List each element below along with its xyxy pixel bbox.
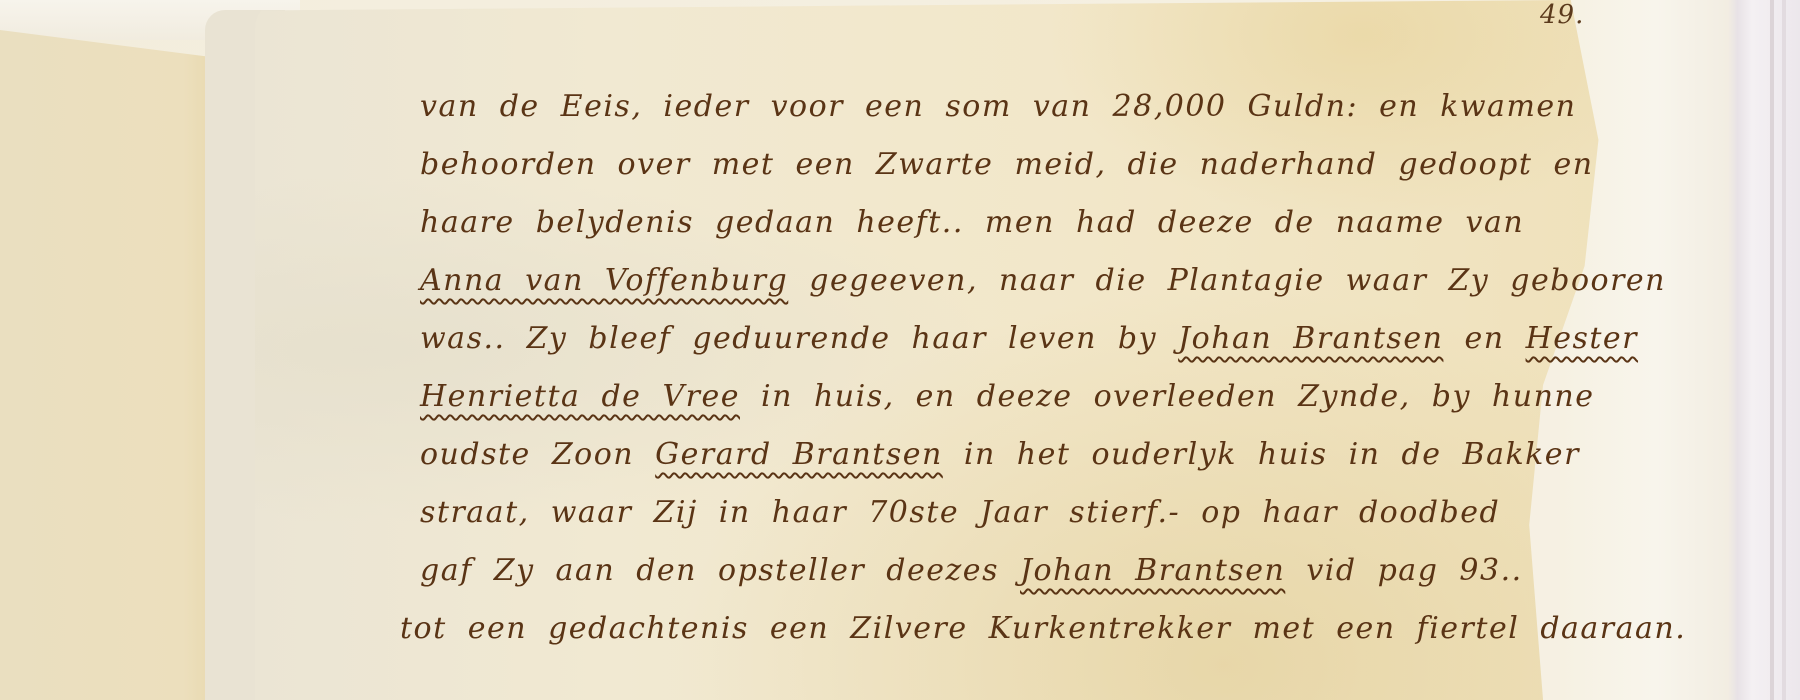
line-text: haare belydenis gedaan heeft.. men had d… xyxy=(420,205,1524,240)
manuscript-line: tot een gedachtenis een Zilvere Kurkentr… xyxy=(400,600,1620,658)
line-text: tot een gedachtenis een Zilvere Kurkentr… xyxy=(400,611,1686,646)
underlined-name: Hester xyxy=(1526,321,1638,356)
line-text: gaf Zy aan den opsteller deezes xyxy=(420,553,1020,588)
underlined-name: Gerard Brantsen xyxy=(655,437,943,472)
paper-stack-edge xyxy=(1770,0,1774,700)
underlined-name: Anna van Voffenburg xyxy=(420,263,788,298)
underlined-name: Johan Brantsen xyxy=(1020,553,1285,588)
line-text: gegeeven, naar die Plantagie waar Zy geb… xyxy=(788,263,1666,298)
page-number: 49. xyxy=(1540,0,1584,30)
line-text: vid pag 93.. xyxy=(1285,553,1522,588)
line-text: van de Eeis, ieder voor een som van 28,0… xyxy=(420,89,1576,124)
manuscript-line: van de Eeis, ieder voor een som van 28,0… xyxy=(420,78,1620,136)
paper-stack-edge xyxy=(1782,0,1786,700)
manuscript-line: Henrietta de Vree in huis, en deeze over… xyxy=(420,368,1620,426)
line-text: in het ouderlyk huis in de Bakker xyxy=(943,437,1580,472)
underlined-name: Henrietta de Vree xyxy=(420,379,740,414)
manuscript-photo: 49. van de Eeis, ieder voor een som van … xyxy=(0,0,1800,700)
line-text: behoorden over met een Zwarte meid, die … xyxy=(420,147,1594,182)
line-text: was.. Zy bleef geduurende haar leven by xyxy=(420,321,1178,356)
manuscript-line: behoorden over met een Zwarte meid, die … xyxy=(420,136,1620,194)
line-text: in huis, en deeze overleeden Zynde, by h… xyxy=(740,379,1595,414)
manuscript-line: oudste Zoon Gerard Brantsen in het ouder… xyxy=(420,426,1620,484)
line-text: en xyxy=(1443,321,1525,356)
manuscript-line: Anna van Voffenburg gegeeven, naar die P… xyxy=(420,252,1620,310)
handwritten-text: van de Eeis, ieder voor een som van 28,0… xyxy=(420,78,1620,658)
manuscript-line: haare belydenis gedaan heeft.. men had d… xyxy=(420,194,1620,252)
manuscript-line: straat, waar Zij in haar 70ste Jaar stie… xyxy=(420,484,1620,542)
underlined-name: Johan Brantsen xyxy=(1178,321,1443,356)
manuscript-line: was.. Zy bleef geduurende haar leven by … xyxy=(420,310,1620,368)
manuscript-line: gaf Zy aan den opsteller deezes Johan Br… xyxy=(420,542,1620,600)
line-text: straat, waar Zij in haar 70ste Jaar stie… xyxy=(420,495,1500,530)
line-text: oudste Zoon xyxy=(420,437,655,472)
